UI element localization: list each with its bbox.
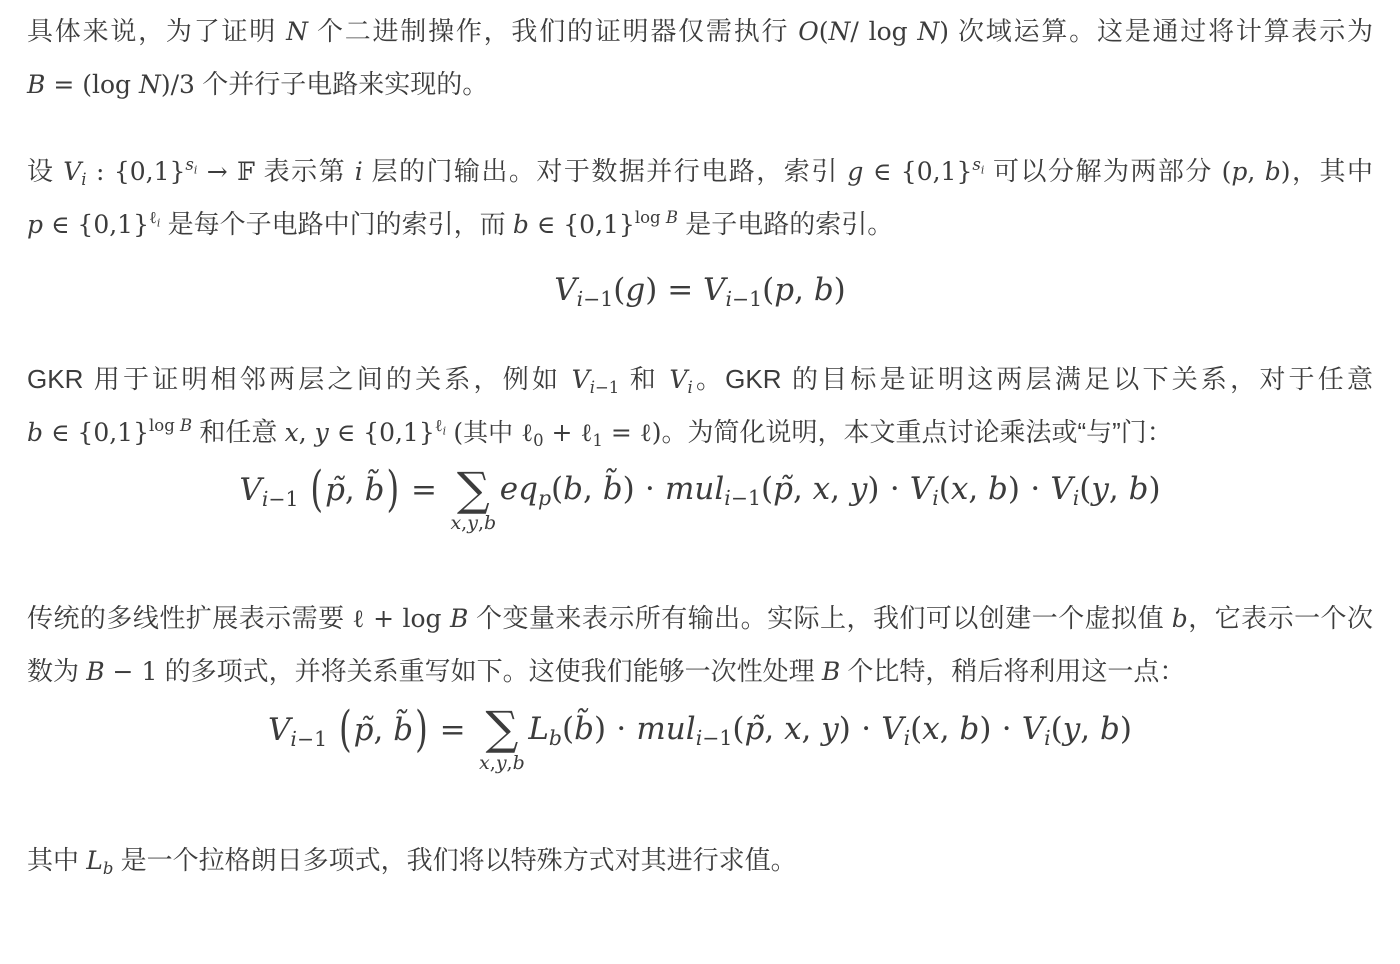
text-run: 。GKR 的目标是证明这两层满足以下关系，对于任意 (693, 364, 1373, 394)
inline-math: g ∈ {0,1}si (847, 157, 984, 186)
formula-lhs: Vi−1 (p̃, b̃) = (239, 469, 446, 510)
text-run: 是每个子电路中门的索引，而 (160, 209, 512, 239)
paragraph-4: 传统的多线性扩展表示需要 ℓ + log B 个变量来表示所有输出。实际上，我们… (27, 592, 1373, 698)
big-paren: ) (387, 459, 400, 520)
sum-limits: x,y,b (479, 754, 525, 773)
inline-math: N (286, 17, 308, 46)
big-paren: ( (310, 459, 323, 520)
inline-math: Vi (669, 365, 692, 394)
text-run: 个变量来表示所有输出。实际上，我们可以创建一个虚拟值 (468, 603, 1171, 633)
sigma-symbol: ∑ (457, 469, 490, 510)
formula-rhs: Lb(b̃) ⋅ muli−1(p̃, x, y) ⋅ Vi(x, b) ⋅ V… (528, 710, 1132, 749)
formula-rhs: eqp(b, b̃) ⋅ muli−1(p̃, x, y) ⋅ Vi(x, b)… (500, 470, 1161, 509)
inline-math: Vi−1 (572, 365, 620, 394)
text-run: 个比特，稍后将利用这一点： (840, 656, 1185, 686)
inline-math: b ∈ {0,1}log B (27, 418, 192, 447)
formula-lhs: Vi−1(g) = Vi−1(p, b) (554, 271, 846, 310)
inline-math: B = (log N)/3 (27, 70, 195, 99)
text-run: 其中 (27, 845, 86, 875)
big-paren: ) (415, 699, 428, 760)
text-run: 和任意 (192, 417, 284, 447)
paragraph-1: 具体来说，为了证明 N 个二进制操作，我们的证明器仅需执行 O(N/ log N… (27, 5, 1373, 111)
formula-3: Vi−1 (p̃, b̃) = ∑x,y,bLb(b̃) ⋅ muli−1(p̃… (27, 708, 1373, 781)
text-run: 。为简化说明，本文重点讨论乘法或“与”门： (661, 417, 1172, 447)
inline-math: B − 1 (86, 657, 157, 686)
text-run: 个并行子电路来实现的。 (195, 69, 488, 99)
inline-math: ℓ + log B (352, 604, 468, 633)
text-run: 层的门输出。对于数据并行电路，索引 (363, 156, 848, 186)
text-run: 的多项式，并将关系重写如下。这使我们能够一次性处理 (157, 656, 821, 686)
text-run: 是一个拉格朗日多项式，我们将以特殊方式对其进行求值。 (113, 845, 796, 875)
sigma-symbol: ∑ (485, 708, 518, 749)
text-run: 次域运算。这是通过将计算表示为 (949, 16, 1373, 46)
paragraph-2: 设 Vi : {0,1}si → 𝔽 表示第 i 层的门输出。对于数据并行电路，… (27, 145, 1373, 251)
text-run: 个二进制操作，我们的证明器仅需执行 (308, 16, 798, 46)
text-run: 和 (619, 364, 669, 394)
paragraph-3: GKR 用于证明相邻两层之间的关系，例如 Vi−1 和 Vi。GKR 的目标是证… (27, 353, 1373, 459)
text-run: 设 (27, 156, 63, 186)
paragraph-5: 其中 Lb 是一个拉格朗日多项式，我们将以特殊方式对其进行求值。 (27, 834, 1373, 887)
formula-lhs: Vi−1 (p̃, b̃) = (268, 709, 475, 750)
formula-2: Vi−1 (p̃, b̃) = ∑x,y,beqp(b, b̃) ⋅ muli−… (27, 469, 1373, 542)
inline-math: Lb (86, 846, 113, 875)
text-run: 可以分解为两部分 (984, 156, 1221, 186)
inline-math: O(N/ log N) (798, 17, 949, 46)
text-run: 传统的多线性扩展表示需要 (27, 603, 352, 633)
inline-math: p ∈ {0,1}ℓi (27, 210, 160, 239)
inline-math: b ∈ {0,1}log B (513, 210, 678, 239)
text-run: 具体来说，为了证明 (27, 16, 286, 46)
inline-math: B (822, 657, 840, 686)
text-run: 表示第 (255, 156, 355, 186)
document-body: 具体来说，为了证明 N 个二进制操作，我们的证明器仅需执行 O(N/ log N… (0, 0, 1400, 887)
inline-math: (p, b) (1222, 157, 1291, 186)
text-run: 是子电路的索引。 (678, 209, 893, 239)
inline-math: (其中 ℓ0 + ℓ1 = ℓ) (453, 418, 661, 447)
big-paren: ( (339, 699, 352, 760)
formula-1: Vi−1(g) = Vi−1(p, b) (27, 265, 1373, 315)
sum-operator: ∑x,y,b (485, 708, 518, 749)
inline-math: Vi : {0,1}si → 𝔽 (63, 157, 255, 186)
text-run: GKR 用于证明相邻两层之间的关系，例如 (27, 364, 572, 394)
inline-math: x, y ∈ {0,1}ℓi (285, 418, 447, 447)
sum-operator: ∑x,y,b (457, 469, 490, 510)
sum-limits: x,y,b (450, 514, 496, 533)
inline-math: b (1172, 604, 1188, 633)
inline-math: i (355, 157, 363, 186)
text-run: ，其中 (1291, 156, 1373, 186)
